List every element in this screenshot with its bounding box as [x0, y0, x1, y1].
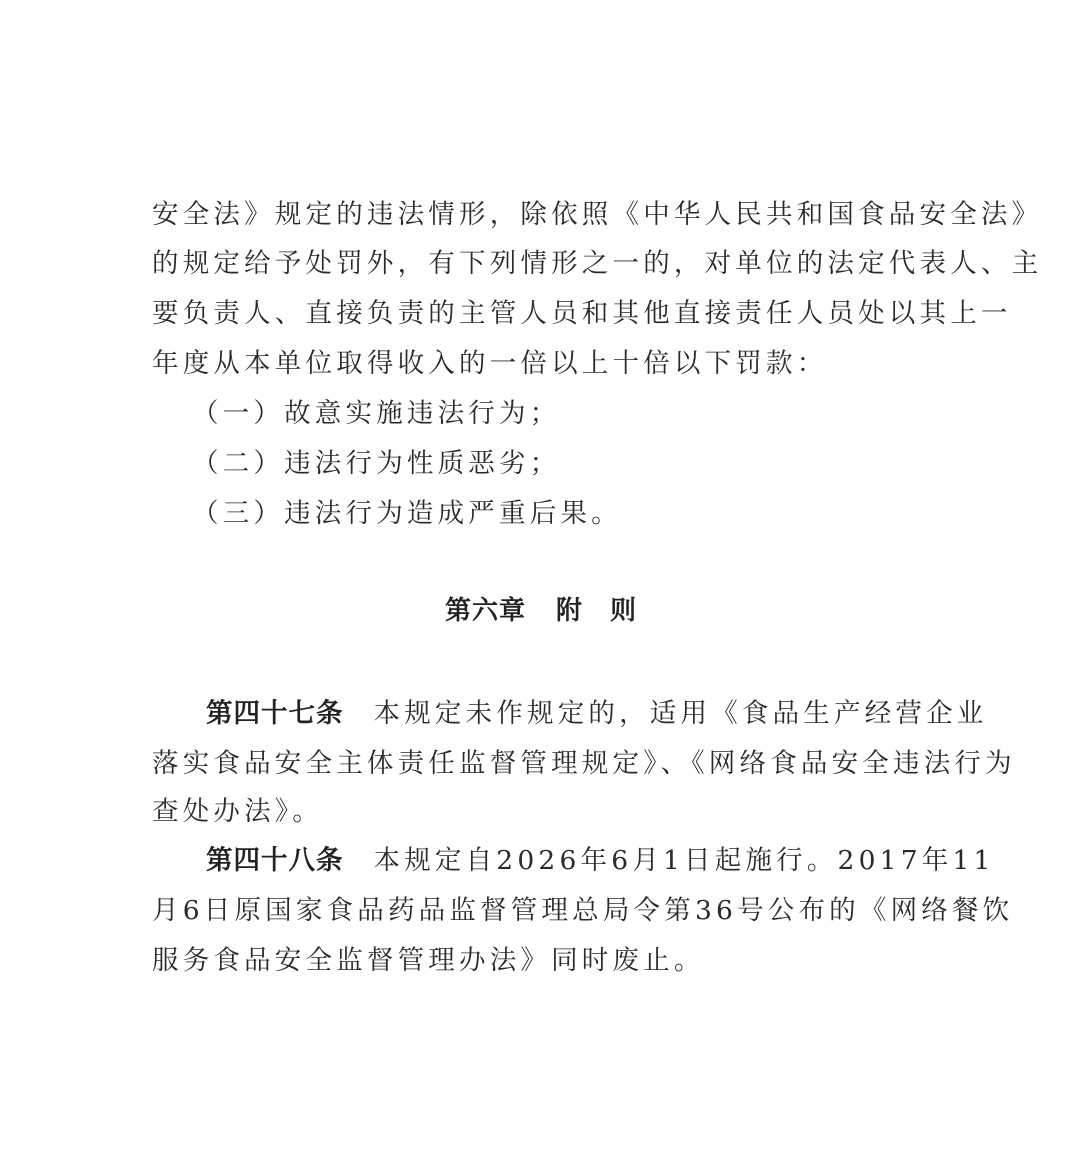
chapter-number: 第六章: [445, 596, 526, 626]
article-text: 本规定自2026年6月1日起施行。2017年11: [374, 845, 995, 876]
article-line: 服务食品安全监督管理办法》同时废止。: [152, 943, 705, 979]
article-line: 月6日原国家食品药品监督管理总局令第36号公布的《网络餐饮: [152, 893, 1013, 929]
paragraph-line: 要负责人、直接负责的主管人员和其他直接责任人员处以其上一: [152, 296, 1012, 332]
chapter-title: 附 则: [556, 596, 637, 626]
article-label: 第四十八条: [206, 845, 344, 876]
paragraph-line: 年度从本单位取得收入的一倍以上十倍以下罚款：: [152, 346, 827, 382]
article-first-line: 第四十七条本规定未作规定的，适用《食品生产经营企业: [206, 696, 988, 732]
article-first-line: 第四十八条本规定自2026年6月1日起施行。2017年11: [206, 843, 995, 879]
list-item: （二）违法行为性质恶劣；: [192, 446, 560, 482]
article-text: 本规定未作规定的，适用《食品生产经营企业: [374, 698, 988, 729]
chapter-heading: 第六章附 则: [152, 593, 930, 629]
list-item: （三）违法行为造成严重后果。: [192, 496, 622, 532]
paragraph-line: 的规定给予处罚外，有下列情形之一的，对单位的法定代表人、主: [152, 246, 1042, 282]
paragraph-line: 安全法》规定的违法情形，除依照《中华人民共和国食品安全法》: [152, 197, 1042, 233]
list-item: （一）故意实施违法行为；: [192, 396, 560, 432]
article-line: 查处办法》。: [152, 794, 323, 830]
article-label: 第四十七条: [206, 698, 344, 729]
article-line: 落实食品安全主体责任监督管理规定》、《网络食品安全违法行为: [152, 746, 1016, 782]
